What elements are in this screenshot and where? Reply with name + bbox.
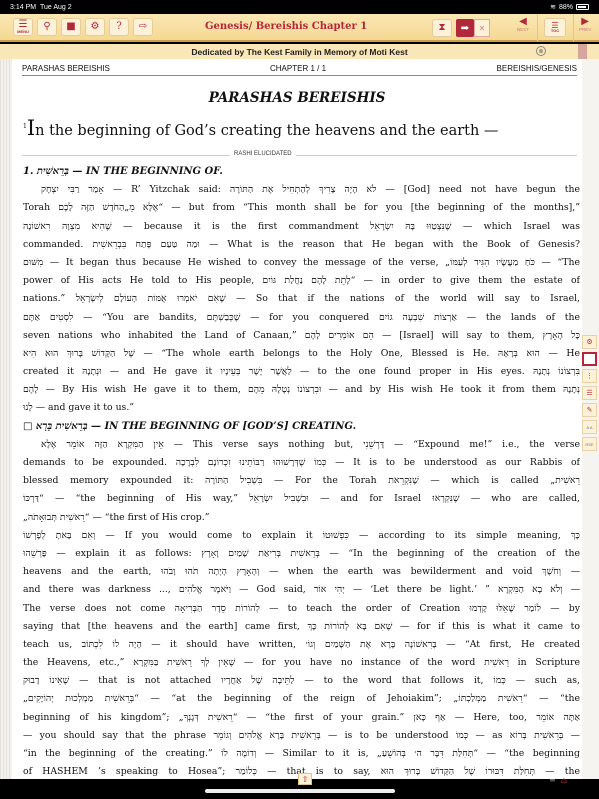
page-sheet: PARASHAS BEREISHIS CHAPTER 1 / 1 BEREISH… <box>12 59 582 779</box>
home-icon[interactable]: ⌂ <box>561 776 567 785</box>
commentary-line: saying that [the heavens and the earth] … <box>23 618 580 636</box>
commentary-line: created it וּנְתָנָהּ — and He gave it ל… <box>23 363 580 381</box>
close-x-icon: ✕ <box>479 24 486 33</box>
battery-percent: 88% <box>559 4 573 11</box>
search-icon: ⚲ <box>43 22 50 32</box>
running-head: PARASHAS BEREISHIS CHAPTER 1 / 1 BEREISH… <box>22 63 577 76</box>
divider <box>573 14 574 42</box>
home-indicator[interactable] <box>205 789 395 793</box>
bookmark-icon[interactable] <box>578 44 587 60</box>
dots-icon: ⋮ <box>586 372 593 380</box>
close-mode-button[interactable]: ✕ <box>474 19 490 37</box>
commentary-line: 1. בְּרֵאשִׁית — IN THE BEGINNING OF. <box>23 163 580 181</box>
prev-button[interactable]: ▶PREV <box>579 17 591 32</box>
commentary-line: לָנוּ — and gave it to us.” <box>23 399 580 417</box>
commentary-line: and there was darkness ..., וַיֹּאמֶר אֱ… <box>23 581 580 599</box>
notes-icon: ✎ <box>587 406 593 414</box>
wifi-icon: ≋ <box>550 3 556 11</box>
commentary-line: commanded. וּמַה טַּעַם פָּתַח בִּבְרֵאש… <box>23 236 580 254</box>
verse-text[interactable]: 1In the beginning of God’s creating the … <box>23 116 498 140</box>
commentary-line: demands to be expounded. כְּמוֹ שֶׁדְּרָ… <box>23 454 580 472</box>
arrow-right-solid-icon: ➡ <box>461 23 469 34</box>
commentary-body: 1. בְּרֵאשִׁית — IN THE BEGINNING OF. אָ… <box>23 163 580 781</box>
briefcase-button[interactable]: ■ <box>61 18 81 36</box>
commentary-line: beginning of his kingdom”; „רֵאשִׁית דְּ… <box>23 709 580 727</box>
verse-body: n the beginning of God’s creating the he… <box>35 123 498 139</box>
side-toolbar: ⚙ ⋮ ☰ ✎ A A RSE <box>582 335 597 451</box>
commentary-line: מִשּׁוּם — It began thus because He wish… <box>23 254 580 272</box>
commentary-line: the Heavens, etc.,” שֶׁאֵין לְךָ רֵאשִׁי… <box>23 654 580 672</box>
status-bar: 3:14 PM Tue Aug 2 ≋88% <box>0 0 599 14</box>
commentary-line: blessed memory expounded it: בִּשְׁבִיל … <box>23 472 580 490</box>
commentary-line: שֶׁהִיא מִצְוָה רִאשׁוֹנָה — because it … <box>23 218 580 236</box>
status-time: 3:14 PM <box>10 4 36 11</box>
hourglass-icon: ⧗ <box>438 23 445 33</box>
go-button[interactable]: ⇨ <box>133 18 153 36</box>
forward-mode-button[interactable]: ➡ <box>456 19 474 37</box>
side-notes-button[interactable]: ✎ <box>582 403 597 417</box>
commentary-line: לִסְטִים אַתֶּם — “You are bandits, שֶׁכ… <box>23 309 580 327</box>
commentary-line: „רֵאשִׁית תְּבוּאָתֹה“ — “the first of H… <box>23 509 580 527</box>
next-button[interactable]: ◀NEXT <box>517 17 529 32</box>
drop-letter: I <box>27 116 35 140</box>
side-rse-button[interactable]: RSE <box>582 437 597 451</box>
commentary-line: „בְּרֵאשִׁית מַמְלְכוּת יְהוֹיָקִים“ — “… <box>23 690 580 708</box>
rashi-toggle-icon: RSE <box>585 442 593 447</box>
reader-page: PARASHAS BEREISHIS CHAPTER 1 / 1 BEREISH… <box>0 59 599 779</box>
side-list-button[interactable]: ☰ <box>582 386 597 400</box>
side-font-button[interactable]: A A <box>582 420 597 434</box>
section-divider <box>22 155 577 156</box>
home-indicator-bar <box>0 785 599 799</box>
side-highlight-button[interactable] <box>582 352 597 366</box>
commentary-line: אָמַר רַבִּי יִצְחָק — R’ Yitzchak said:… <box>23 181 580 199</box>
commentary-line: Torah אֶלָּא מֵ„הַחֹדֶשׁ הַזֶּה לָכֶם“ —… <box>23 199 580 217</box>
commentary-line: דַּרְכּוֹ“ — “the beginning of His way,”… <box>23 490 580 508</box>
settings-button[interactable]: ⚙ <box>85 18 105 36</box>
commentary-line: שֶׁל הַקָּדוֹשׁ בָּרוּךְ הוּא הִיא — “Th… <box>23 345 580 363</box>
font-size-icon: A A <box>586 425 592 430</box>
commentary-line: — you should say that the phrase בְּרֵאש… <box>23 727 580 745</box>
scroll-up-button[interactable]: ⇧ <box>298 773 312 785</box>
running-head-right: BEREISHIS/GENESIS <box>497 64 577 73</box>
help-button[interactable]: ? <box>109 18 129 36</box>
side-dots-button[interactable]: ⋮ <box>582 369 597 383</box>
dedication-text: Dedicated by The Kest Family in Memory o… <box>191 47 407 57</box>
commentary-line: אֵין הַמִּקְרָא הַזֶּה אוֹמֵר אֶלָּא — T… <box>23 436 580 454</box>
close-dedication-icon[interactable]: ⊗ <box>536 46 546 56</box>
commentary-line: heavens and the earth, וְהָאָרֶץ הָיְתָה… <box>23 563 580 581</box>
search-button[interactable]: ⚲ <box>37 18 57 36</box>
commentary-line: לָהֶם — By His wish He gave it to them, … <box>23 381 580 399</box>
list-icon: ☰ <box>586 389 592 397</box>
toc-button[interactable]: ☰TOC <box>544 18 566 37</box>
commentary-line: teach us, הָיָה לוֹ לִכְתּוֹב — it shoul… <box>23 636 580 654</box>
lines-icon[interactable]: ═ <box>550 776 555 785</box>
running-head-left: PARASHAS BEREISHIS <box>22 64 110 73</box>
side-settings-button[interactable]: ⚙ <box>582 335 597 349</box>
commentary-line: וְאִם בָּאתָ לְפָרְשׁוֹ — If you would c… <box>23 527 580 545</box>
commentary-line: “in the beginning of the creating.” וְדו… <box>23 745 580 763</box>
status-date: Tue Aug 2 <box>40 4 72 11</box>
briefcase-icon: ■ <box>66 22 75 32</box>
menu-button[interactable]: ☰MENU <box>13 18 33 36</box>
arrow-up-icon: ⇧ <box>302 775 309 784</box>
parasha-title: PARASHAS BEREISHIS <box>12 90 582 106</box>
running-head-center: CHAPTER 1 / 1 <box>270 64 326 73</box>
triangle-left-icon: ◀ <box>519 17 527 27</box>
hourglass-button[interactable]: ⧗ <box>432 19 452 37</box>
commentary-line: The verse does not come לְהוֹרוֹת סֵדֶר … <box>23 600 580 618</box>
help-icon: ? <box>116 22 121 32</box>
commentary-line: פָּרְשֵׁהוּ — explain it as follows: בְּ… <box>23 545 580 563</box>
battery-icon <box>576 4 589 10</box>
section-label: RASHI ELUCIDATED <box>230 151 296 157</box>
page-title: Genesis/ Bereishis Chapter 1 <box>205 21 367 32</box>
triangle-right-icon: ▶ <box>581 17 589 27</box>
toolbar: ☰MENU ⚲ ■ ⚙ ? ⇨ Genesis/ Bereishis Chapt… <box>0 14 599 42</box>
commentary-line: power of His acts He told to His people,… <box>23 272 580 290</box>
commentary-line: seven nations who inhabited the Land of … <box>23 327 580 345</box>
commentary-line: שֶׁאֵינוֹ דָבוּק — that is not attached … <box>23 672 580 690</box>
arrow-right-icon: ⇨ <box>139 22 147 32</box>
gear-icon: ⚙ <box>91 22 100 32</box>
commentary-line: □ בְּרֵאשִׁית בָּרָא — IN THE BEGINNING … <box>23 418 580 436</box>
gear-icon: ⚙ <box>586 338 592 346</box>
dedication-banner: Dedicated by The Kest Family in Memory o… <box>0 44 599 59</box>
divider <box>537 14 538 42</box>
commentary-line: nations.” שֶׁאִם יֹאמְרוּ אֻמּוֹת הָעוֹל… <box>23 290 580 308</box>
page-edge <box>0 59 12 779</box>
bottom-right-controls: ═ ⌂ <box>550 776 567 785</box>
